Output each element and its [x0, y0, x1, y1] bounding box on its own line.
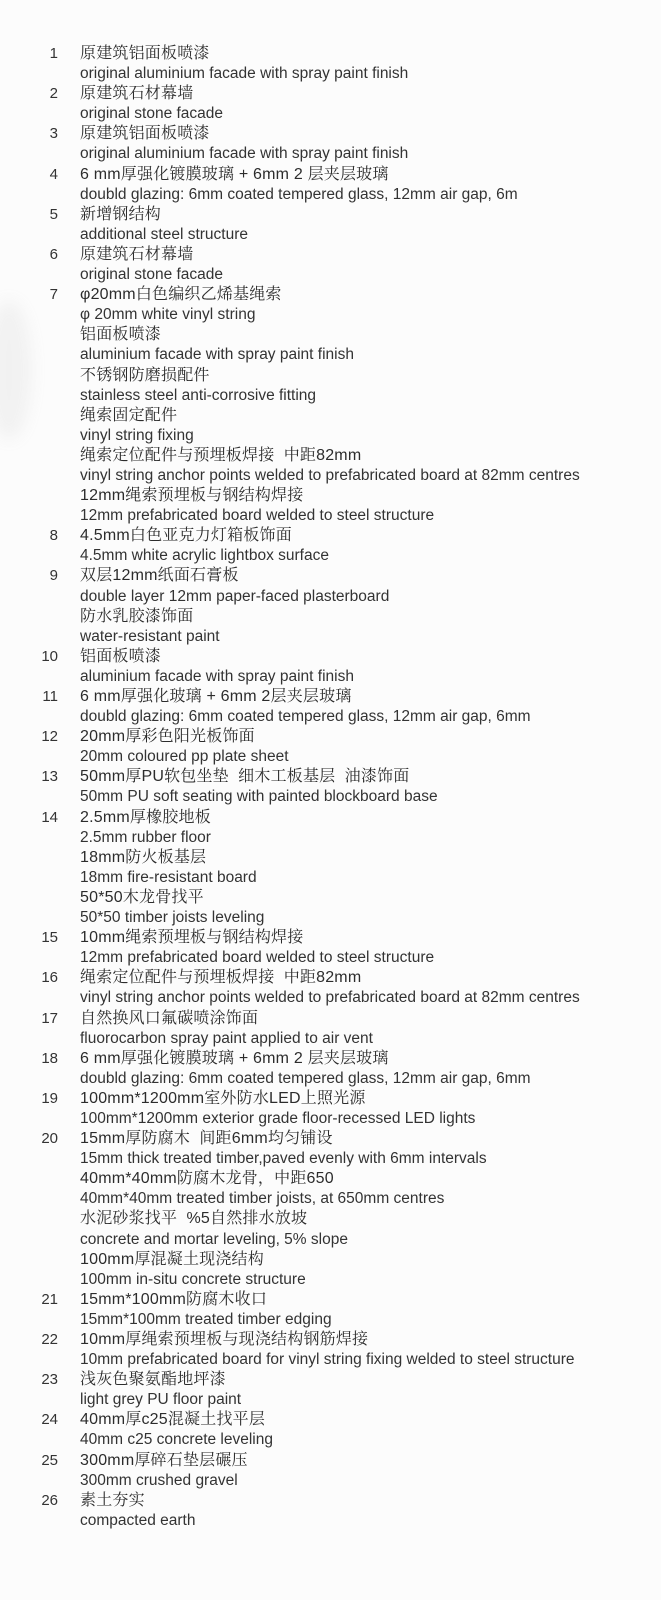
english-spec-line: 50mm PU soft seating with painted blockb… — [80, 787, 661, 807]
item-number: 11 — [0, 687, 58, 707]
english-spec-line: original aluminium facade with spray pai… — [80, 64, 661, 84]
item-lines: 2.5mm厚橡胶地板 2.5mm rubber floor 18mm防火板基层 … — [80, 808, 661, 929]
english-spec-line: aluminium facade with spray paint finish — [80, 667, 661, 687]
chinese-spec-line: 绳索定位配件与预埋板焊接 中距82mm — [80, 968, 661, 988]
english-spec-line: 100mm in-situ concrete structure — [80, 1270, 661, 1290]
item-number: 2 — [0, 84, 58, 104]
legend-item: 6 原建筑石材幕墙 original stone facade — [0, 245, 661, 285]
item-lines: 10mm绳索预埋板与钢结构焊接 12mm prefabricated board… — [80, 928, 661, 968]
item-lines: 100mm*1200mm室外防水LED上照光源 100mm*1200mm ext… — [80, 1089, 661, 1129]
item-number: 9 — [0, 566, 58, 586]
chinese-spec-line: 100mm厚混凝土现浇结构 — [80, 1250, 661, 1270]
legend-item: 25 300mm厚碎石垫层碾压 300mm crushed gravel — [0, 1451, 661, 1491]
english-spec-line: doubld glazing: 6mm coated tempered glas… — [80, 707, 661, 727]
chinese-spec-line: 防水乳胶漆饰面 — [80, 607, 661, 627]
item-number: 7 — [0, 285, 58, 305]
english-spec-line: 12mm prefabricated board welded to steel… — [80, 948, 661, 968]
chinese-spec-line: 300mm厚碎石垫层碾压 — [80, 1451, 661, 1471]
legend-item: 19 100mm*1200mm室外防水LED上照光源 100mm*1200mm … — [0, 1089, 661, 1129]
item-number: 12 — [0, 727, 58, 747]
english-spec-line: doubld glazing: 6mm coated tempered glas… — [80, 1069, 661, 1089]
legend-item: 2 原建筑石材幕墙 original stone facade — [0, 84, 661, 124]
item-number: 4 — [0, 165, 58, 185]
chinese-spec-line: 40mm*40mm防腐木龙骨，中距650 — [80, 1169, 661, 1189]
item-number: 18 — [0, 1049, 58, 1069]
english-spec-line: 40mm c25 concrete leveling — [80, 1430, 661, 1450]
item-number: 20 — [0, 1129, 58, 1149]
materials-legend: 1 原建筑铝面板喷漆 original aluminium facade wit… — [0, 0, 661, 1531]
english-spec-line: 50*50 timber joists leveling — [80, 908, 661, 928]
item-lines: 6 mm厚强化镀膜玻璃 + 6mm 2 层夹层玻璃 doubld glazing… — [80, 1049, 661, 1089]
item-lines: 50mm厚PU软包坐垫 细木工板基层 油漆饰面 50mm PU soft sea… — [80, 767, 661, 807]
chinese-spec-line: 12mm绳索预埋板与钢结构焊接 — [80, 486, 661, 506]
chinese-spec-line: 绳索固定配件 — [80, 406, 661, 426]
legend-item: 11 6 mm厚强化玻璃 + 6mm 2层夹层玻璃 doubld glazing… — [0, 687, 661, 727]
english-spec-line: water-resistant paint — [80, 627, 661, 647]
item-lines: 15mm*100mm防腐木收口 15mm*100mm treated timbe… — [80, 1290, 661, 1330]
item-lines: 10mm厚绳索预埋板与现浇结构钢筋焊接 10mm prefabricated b… — [80, 1330, 661, 1370]
english-spec-line: 20mm coloured pp plate sheet — [80, 747, 661, 767]
chinese-spec-line: 100mm*1200mm室外防水LED上照光源 — [80, 1089, 661, 1109]
chinese-spec-line: 双层12mm纸面石膏板 — [80, 566, 661, 586]
english-spec-line: original stone facade — [80, 104, 661, 124]
item-number: 6 — [0, 245, 58, 265]
item-number: 3 — [0, 124, 58, 144]
english-spec-line: vinyl string anchor points welded to pre… — [80, 988, 661, 1008]
item-lines: 浅灰色聚氨酯地坪漆 light grey PU floor paint — [80, 1370, 661, 1410]
item-lines: 40mm厚c25混凝土找平层 40mm c25 concrete levelin… — [80, 1410, 661, 1450]
english-spec-line: doubld glazing: 6mm coated tempered glas… — [80, 185, 661, 205]
chinese-spec-line: 原建筑石材幕墙 — [80, 245, 661, 265]
english-spec-line: 4.5mm white acrylic lightbox surface — [80, 546, 661, 566]
item-lines: 300mm厚碎石垫层碾压 300mm crushed gravel — [80, 1451, 661, 1491]
item-lines: 绳索定位配件与预埋板焊接 中距82mm vinyl string anchor … — [80, 968, 661, 1008]
chinese-spec-line: 原建筑石材幕墙 — [80, 84, 661, 104]
item-lines: 原建筑铝面板喷漆 original aluminium facade with … — [80, 44, 661, 84]
legend-item: 15 10mm绳索预埋板与钢结构焊接 12mm prefabricated bo… — [0, 928, 661, 968]
english-spec-line: 15mm*100mm treated timber edging — [80, 1310, 661, 1330]
item-lines: 6 mm厚强化玻璃 + 6mm 2层夹层玻璃 doubld glazing: 6… — [80, 687, 661, 727]
item-number: 19 — [0, 1089, 58, 1109]
chinese-spec-line: 不锈钢防磨损配件 — [80, 366, 661, 386]
item-number: 24 — [0, 1410, 58, 1430]
item-number: 1 — [0, 44, 58, 64]
legend-item: 4 6 mm厚强化镀膜玻璃 + 6mm 2 层夹层玻璃 doubld glazi… — [0, 165, 661, 205]
english-spec-line: compacted earth — [80, 1511, 661, 1531]
english-spec-line: light grey PU floor paint — [80, 1390, 661, 1410]
legend-item: 18 6 mm厚强化镀膜玻璃 + 6mm 2 层夹层玻璃 doubld glaz… — [0, 1049, 661, 1089]
item-number: 22 — [0, 1330, 58, 1350]
item-number: 26 — [0, 1491, 58, 1511]
item-lines: 原建筑石材幕墙 original stone facade — [80, 245, 661, 285]
legend-item: 14 2.5mm厚橡胶地板 2.5mm rubber floor 18mm防火板… — [0, 808, 661, 929]
item-number: 21 — [0, 1290, 58, 1310]
english-spec-line: 300mm crushed gravel — [80, 1471, 661, 1491]
item-lines: 4.5mm白色亚克力灯箱板饰面 4.5mm white acrylic ligh… — [80, 526, 661, 566]
chinese-spec-line: 10mm厚绳索预埋板与现浇结构钢筋焊接 — [80, 1330, 661, 1350]
item-lines: 20mm厚彩色阳光板饰面 20mm coloured pp plate shee… — [80, 727, 661, 767]
item-number: 25 — [0, 1451, 58, 1471]
english-spec-line: 15mm thick treated timber,paved evenly w… — [80, 1149, 661, 1169]
english-spec-line: aluminium facade with spray paint finish — [80, 345, 661, 365]
chinese-spec-line: 铝面板喷漆 — [80, 647, 661, 667]
item-number: 13 — [0, 767, 58, 787]
chinese-spec-line: 铝面板喷漆 — [80, 325, 661, 345]
item-number: 5 — [0, 205, 58, 225]
item-lines: 素土夯实 compacted earth — [80, 1491, 661, 1531]
chinese-spec-line: 原建筑铝面板喷漆 — [80, 124, 661, 144]
legend-item: 23 浅灰色聚氨酯地坪漆 light grey PU floor paint — [0, 1370, 661, 1410]
chinese-spec-line: 6 mm厚强化镀膜玻璃 + 6mm 2 层夹层玻璃 — [80, 1049, 661, 1069]
english-spec-line: vinyl string fixing — [80, 426, 661, 446]
chinese-spec-line: 10mm绳索预埋板与钢结构焊接 — [80, 928, 661, 948]
item-number: 10 — [0, 647, 58, 667]
item-lines: 新增钢结构 additional steel structure — [80, 205, 661, 245]
legend-item: 10 铝面板喷漆 aluminium facade with spray pai… — [0, 647, 661, 687]
item-lines: 原建筑铝面板喷漆 original aluminium facade with … — [80, 124, 661, 164]
english-spec-line: double layer 12mm paper-faced plasterboa… — [80, 587, 661, 607]
chinese-spec-line: 素土夯实 — [80, 1491, 661, 1511]
chinese-spec-line: 原建筑铝面板喷漆 — [80, 44, 661, 64]
item-number: 14 — [0, 808, 58, 828]
item-number: 15 — [0, 928, 58, 948]
chinese-spec-line: 18mm防火板基层 — [80, 848, 661, 868]
english-spec-line: φ 20mm white vinyl string — [80, 305, 661, 325]
english-spec-line: concrete and mortar leveling, 5% slope — [80, 1230, 661, 1250]
english-spec-line: additional steel structure — [80, 225, 661, 245]
legend-item: 21 15mm*100mm防腐木收口 15mm*100mm treated ti… — [0, 1290, 661, 1330]
chinese-spec-line: 40mm厚c25混凝土找平层 — [80, 1410, 661, 1430]
legend-item: 22 10mm厚绳索预埋板与现浇结构钢筋焊接 10mm prefabricate… — [0, 1330, 661, 1370]
legend-item: 7 φ20mm白色编织乙烯基绳索 φ 20mm white vinyl stri… — [0, 285, 661, 526]
item-lines: φ20mm白色编织乙烯基绳索 φ 20mm white vinyl string… — [80, 285, 661, 526]
legend-item: 16 绳索定位配件与预埋板焊接 中距82mm vinyl string anch… — [0, 968, 661, 1008]
english-spec-line: 18mm fire-resistant board — [80, 868, 661, 888]
english-spec-line: original stone facade — [80, 265, 661, 285]
chinese-spec-line: 20mm厚彩色阳光板饰面 — [80, 727, 661, 747]
chinese-spec-line: 50mm厚PU软包坐垫 细木工板基层 油漆饰面 — [80, 767, 661, 787]
chinese-spec-line: 6 mm厚强化镀膜玻璃 + 6mm 2 层夹层玻璃 — [80, 165, 661, 185]
legend-item: 9 双层12mm纸面石膏板 double layer 12mm paper-fa… — [0, 566, 661, 646]
item-lines: 原建筑石材幕墙 original stone facade — [80, 84, 661, 124]
chinese-spec-line: 15mm厚防腐木 间距6mm均匀铺设 — [80, 1129, 661, 1149]
chinese-spec-line: 15mm*100mm防腐木收口 — [80, 1290, 661, 1310]
legend-item: 24 40mm厚c25混凝土找平层 40mm c25 concrete leve… — [0, 1410, 661, 1450]
legend-item: 8 4.5mm白色亚克力灯箱板饰面 4.5mm white acrylic li… — [0, 526, 661, 566]
legend-item: 20 15mm厚防腐木 间距6mm均匀铺设 15mm thick treated… — [0, 1129, 661, 1290]
chinese-spec-line: 4.5mm白色亚克力灯箱板饰面 — [80, 526, 661, 546]
english-spec-line: 40mm*40mm treated timber joists, at 650m… — [80, 1189, 661, 1209]
item-number: 23 — [0, 1370, 58, 1390]
english-spec-line: 100mm*1200mm exterior grade floor-recess… — [80, 1109, 661, 1129]
english-spec-line: stainless steel anti-corrosive fitting — [80, 386, 661, 406]
english-spec-line: 12mm prefabricated board welded to steel… — [80, 506, 661, 526]
english-spec-line: fluorocarbon spray paint applied to air … — [80, 1029, 661, 1049]
english-spec-line: vinyl string anchor points welded to pre… — [80, 466, 661, 486]
legend-item: 13 50mm厚PU软包坐垫 细木工板基层 油漆饰面 50mm PU soft … — [0, 767, 661, 807]
legend-item: 5 新增钢结构 additional steel structure — [0, 205, 661, 245]
item-number: 8 — [0, 526, 58, 546]
item-lines: 15mm厚防腐木 间距6mm均匀铺设 15mm thick treated ti… — [80, 1129, 661, 1290]
chinese-spec-line: 浅灰色聚氨酯地坪漆 — [80, 1370, 661, 1390]
chinese-spec-line: 50*50木龙骨找平 — [80, 888, 661, 908]
english-spec-line: 10mm prefabricated board for vinyl strin… — [80, 1350, 661, 1370]
english-spec-line: 2.5mm rubber floor — [80, 828, 661, 848]
legend-item: 3 原建筑铝面板喷漆 original aluminium facade wit… — [0, 124, 661, 164]
chinese-spec-line: 2.5mm厚橡胶地板 — [80, 808, 661, 828]
legend-item: 1 原建筑铝面板喷漆 original aluminium facade wit… — [0, 44, 661, 84]
legend-item: 26 素土夯实 compacted earth — [0, 1491, 661, 1531]
english-spec-line: original aluminium facade with spray pai… — [80, 144, 661, 164]
legend-item: 12 20mm厚彩色阳光板饰面 20mm coloured pp plate s… — [0, 727, 661, 767]
item-lines: 铝面板喷漆 aluminium facade with spray paint … — [80, 647, 661, 687]
chinese-spec-line: 水泥砂浆找平 %5自然排水放坡 — [80, 1209, 661, 1229]
chinese-spec-line: 新增钢结构 — [80, 205, 661, 225]
item-lines: 双层12mm纸面石膏板 double layer 12mm paper-face… — [80, 566, 661, 646]
chinese-spec-line: 6 mm厚强化玻璃 + 6mm 2层夹层玻璃 — [80, 687, 661, 707]
chinese-spec-line: φ20mm白色编织乙烯基绳索 — [80, 285, 661, 305]
item-lines: 6 mm厚强化镀膜玻璃 + 6mm 2 层夹层玻璃 doubld glazing… — [80, 165, 661, 205]
legend-item: 17 自然换风口氟碳喷涂饰面 fluorocarbon spray paint … — [0, 1009, 661, 1049]
item-lines: 自然换风口氟碳喷涂饰面 fluorocarbon spray paint app… — [80, 1009, 661, 1049]
item-number: 17 — [0, 1009, 58, 1029]
chinese-spec-line: 自然换风口氟碳喷涂饰面 — [80, 1009, 661, 1029]
chinese-spec-line: 绳索定位配件与预埋板焊接 中距82mm — [80, 446, 661, 466]
item-number: 16 — [0, 968, 58, 988]
